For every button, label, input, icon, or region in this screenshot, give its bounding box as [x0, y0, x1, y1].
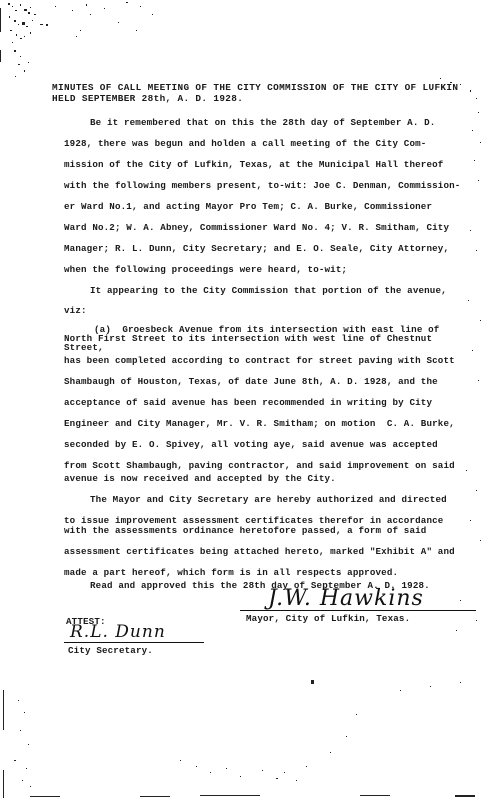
secretary-signature-line [64, 642, 204, 643]
para1-line-7: Manager; R. L. Dunn, City Secretary; and… [64, 243, 449, 254]
para1-line-4: with the following members present, to-w… [64, 180, 460, 191]
para1-line-3: mission of the City of Lufkin, Texas, at… [64, 159, 443, 170]
item-a-line-2: North First Street to its intersection w… [64, 334, 432, 343]
para3-line-6: from Scott Shambaugh, paving contractor,… [64, 460, 455, 471]
mayor-signature: J.W. Hawkins [268, 586, 424, 611]
para1-line-5: er Ward No.1, and acting Mayor Pro Tem; … [64, 201, 432, 212]
para1-line-8: when the following proceedings were hear… [64, 264, 347, 275]
mayor-signature-line [240, 610, 476, 611]
para1-line-1: Be it remembered that on this the 28th d… [90, 117, 435, 128]
para3-line-3: acceptance of said avenue has been recom… [64, 397, 432, 408]
para4-line-3: with the assessments ordinance heretofor… [64, 525, 426, 536]
para2-line-1: It appearing to the City Commission that… [90, 285, 447, 296]
mayor-caption: Mayor, City of Lufkin, Texas. [246, 613, 410, 624]
para4-line-1: The Mayor and City Secretary are hereby … [90, 494, 447, 505]
title-line-2: HELD SEPTEMBER 28th, A. D. 1928. [52, 93, 243, 104]
para4-line-4: assessment certificates being attached h… [64, 546, 455, 557]
para3-line-5: seconded by E. O. Spivey, all voting aye… [64, 439, 438, 450]
para3-line-1: has been completed according to contract… [64, 355, 455, 366]
para1-line-2: 1928, there was begun and holden a call … [64, 138, 426, 149]
para3-line-7: avenue is now received and accepted by t… [64, 473, 336, 484]
secretary-caption: City Secretary. [68, 645, 153, 656]
item-a-line-3: Street, [64, 343, 104, 352]
para3-line-4: Engineer and City Manager, Mr. V. R. Smi… [64, 418, 455, 429]
secretary-signature: R.L. Dunn [70, 622, 166, 642]
para4-line-5: made a part hereof, which form is in all… [64, 567, 398, 578]
para3-line-2: Shambaugh of Houston, Texas, of date Jun… [64, 376, 438, 387]
document-page: MINUTES OF CALL MEETING OF THE CITY COMM… [0, 0, 488, 800]
para1-line-6: Ward No.2; W. A. Abney, Commissioner War… [64, 222, 449, 233]
title-line-1: MINUTES OF CALL MEETING OF THE CITY COMM… [52, 82, 458, 93]
para2-line-2: viz: [64, 305, 87, 316]
